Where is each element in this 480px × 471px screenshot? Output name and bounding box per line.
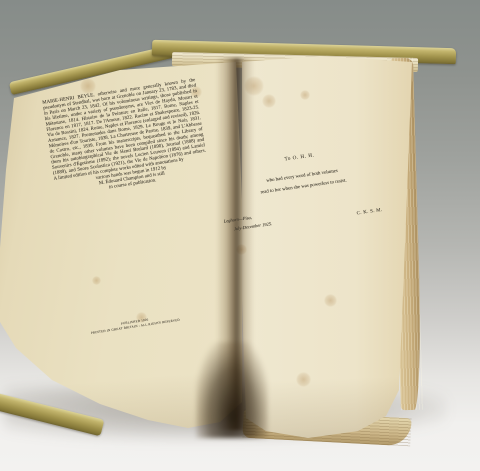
place-and-date: Leghorn—Pisa, July-December 1925. <box>223 210 273 234</box>
dedication-signature-row: Leghorn—Pisa, July-December 1925. C. K. … <box>223 194 392 235</box>
dedication-block: To O. H. H. who had every word of both v… <box>216 166 396 367</box>
translator-initials: C. K. S. M. <box>356 206 391 216</box>
imprint-block: PUBLISHED 1926 PRINTED IN GREAT BRITAIN … <box>78 328 208 360</box>
biographical-note-text: MARIE-HENRI BEYLE, otherwise and more ge… <box>42 77 210 198</box>
book-photograph: MARIE-HENRI BEYLE, otherwise and more ge… <box>0 0 480 471</box>
biographical-note-block: MARIE-HENRI BEYLE, otherwise and more ge… <box>42 100 212 280</box>
